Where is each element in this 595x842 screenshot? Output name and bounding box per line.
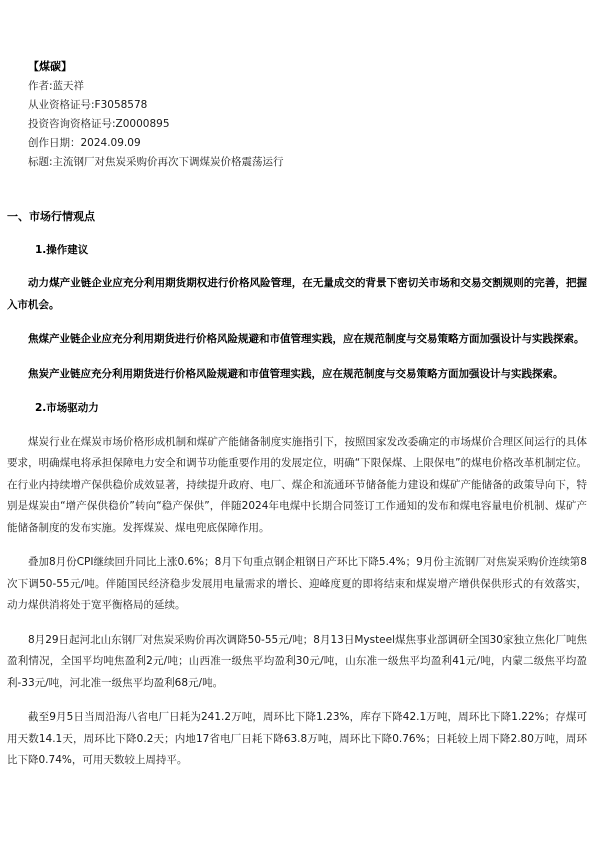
report-advisory-cert-line: 投资咨询资格证号:Z0000895	[28, 115, 585, 134]
paragraph-coking-coal-advice: 焦煤产业链企业应充分利用期货进行价格风险规避和市值管理实践，应在规范制度与交易策…	[7, 329, 587, 351]
subsection-title-market-drivers: 2.市场驱动力	[7, 398, 587, 420]
report-practice-cert-line: 从业资格证号:F3058578	[28, 96, 585, 115]
report-body: 一、市场行情观点 1.操作建议 动力煤产业链企业应充分利用期货期权进行价格风险管…	[7, 206, 587, 772]
report-page: 【煤碳】 作者:蓝天祥 从业资格证号:F3058578 投资咨询资格证号:Z00…	[0, 0, 595, 842]
report-header: 【煤碳】 作者:蓝天祥 从业资格证号:F3058578 投资咨询资格证号:Z00…	[0, 0, 595, 172]
paragraph-coke-advice: 焦炭产业链应充分利用期货进行价格风险规避和市值管理实践，应在规范制度与交易策略方…	[7, 364, 587, 386]
section-title-market-view: 一、市场行情观点	[7, 206, 587, 228]
paragraph-power-plant-daily-consumption: 截至9月5日当周沿海八省电厂日耗为241.2万吨，周环比下降1.23%，库存下降…	[7, 707, 587, 772]
subsection-market-drivers: 2.市场驱动力 煤炭行业在煤炭市场价格形成机制和煤矿产能储备制度实施指引下，按照…	[7, 398, 587, 772]
paragraph-cpi-steel-output: 叠加8月份CPI继续回升同比上涨0.6%；8月下旬重点钢企粗钢日产环比下降5.4…	[7, 552, 587, 617]
report-category-tag: 【煤碳】	[28, 57, 585, 77]
report-author-line: 作者:蓝天祥	[28, 77, 585, 96]
report-title-line: 标题:主流钢厂对焦炭采购价再次下调煤炭价格震荡运行	[28, 153, 585, 172]
paragraph-thermal-coal-advice: 动力煤产业链企业应充分利用期货期权进行价格风险管理，在无量成交的背景下密切关市场…	[7, 273, 587, 316]
subsection-operation-advice: 1.操作建议 动力煤产业链企业应充分利用期货期权进行价格风险管理，在无量成交的背…	[7, 240, 587, 386]
subsection-title-operation-advice: 1.操作建议	[7, 240, 587, 262]
report-creation-date-line: 创作日期：2024.09.09	[28, 134, 585, 153]
paragraph-coal-policy-mechanism: 煤炭行业在煤炭市场价格形成机制和煤矿产能储备制度实施指引下，按照国家发改委确定的…	[7, 432, 587, 540]
paragraph-coke-procurement-profit: 8月29日起河北山东钢厂对焦炭采购价再次调降50-55元/吨；8月13日Myst…	[7, 630, 587, 695]
